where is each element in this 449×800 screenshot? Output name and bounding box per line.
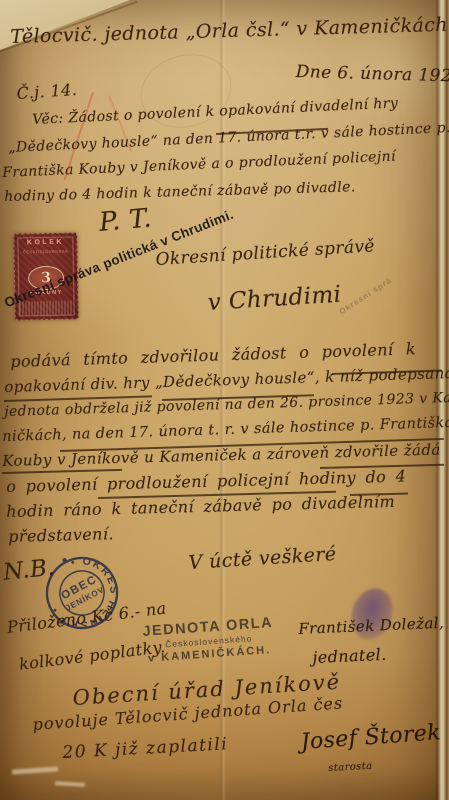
bottom-scuff-mark bbox=[12, 766, 58, 774]
nb-note: N.B. bbox=[2, 555, 56, 586]
secretary-signature-role: jednatel. bbox=[312, 645, 387, 667]
document-photo: Tělocvič. jednota „Orla čsl.“ v Kameničk… bbox=[0, 0, 449, 800]
closing-phrase: V úctě veškeré bbox=[188, 543, 337, 574]
mayor-signature-name: Josef Štorek bbox=[300, 720, 442, 755]
revenue-stamp-country: ČESKOSLOVENSKÁ bbox=[15, 248, 77, 254]
bottom-scuff-mark bbox=[55, 781, 85, 787]
approval-line: 20 K již zaplatili bbox=[62, 734, 229, 763]
revenue-stamp-label: KOLEK bbox=[14, 238, 76, 246]
salutation: P. T. bbox=[98, 203, 153, 237]
addressee-line: v Chrudimi bbox=[207, 282, 342, 316]
mayor-signature-role: starosta bbox=[328, 761, 373, 774]
secretary-signature-name: František Doležal, t.č. bbox=[298, 612, 449, 638]
orel-rubber-stamp: JEDNOTA ORLA Československého v KAMENIČK… bbox=[142, 615, 275, 665]
chrudim-faint-stamp: Okresní sprá bbox=[338, 276, 394, 317]
reference-number: Č.j. 14. bbox=[16, 80, 78, 103]
subject-line: hodiny do 4 hodin k taneční zábavě po di… bbox=[4, 179, 356, 205]
underline-stroke bbox=[2, 469, 122, 474]
ink-blot bbox=[345, 583, 399, 645]
addressee-line: Okresní politické správě bbox=[155, 236, 375, 270]
body-line: hodin ráno k taneční zábavě po divadelní… bbox=[6, 492, 395, 521]
revenue-stamp-engraving bbox=[19, 301, 73, 316]
header-date: Dne 6. února 1924. bbox=[295, 62, 449, 87]
municipal-round-stamp: • OKRES HLINSKÝ • OBEC JENÍKOV bbox=[20, 531, 144, 655]
